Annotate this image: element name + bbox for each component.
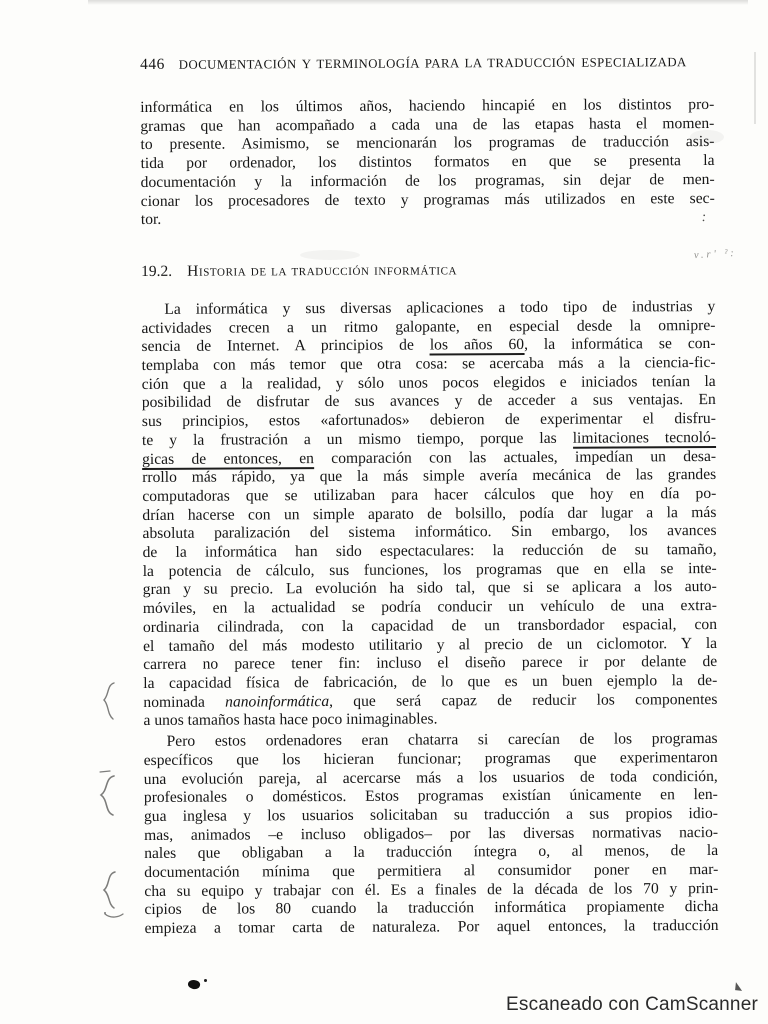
text-segment: gramas que han acompañado a cada una de …: [140, 115, 714, 135]
text-segment: computadoras que se utilizaban para hace…: [142, 485, 716, 505]
section-title: Historia de la traducción informática: [187, 261, 457, 279]
book-page: 446 DOCUMENTACIÓN Y TERMINOLOGÍA PARA LA…: [140, 54, 719, 939]
paragraph-2: La informática y sus diversas aplicacion…: [141, 298, 717, 731]
paragraph-1: informática en los últimos años, haciend…: [140, 96, 715, 230]
text-segment: posibilidad de disfrutar de sus avances …: [142, 391, 716, 411]
hand-underlined-text: gicas de entonces, en: [142, 450, 314, 470]
text-line: empieza a tomar carta de naturaleza. Por…: [145, 917, 719, 939]
text-segment: templaba con más temor que otra cosa: se…: [142, 354, 716, 374]
text-segment: ción que a la realidad, y sólo unos poco…: [142, 373, 716, 393]
scan-smudge: [300, 250, 360, 260]
scan-edge-top: [88, 0, 748, 5]
ink-blob-mark: [187, 978, 201, 990]
text-segment: la potencia de cálculo, sus funciones, l…: [143, 560, 717, 580]
page-number: 446: [140, 57, 165, 73]
text-segment: documentación y la información de los pr…: [141, 171, 715, 191]
text-segment: comparación con las actuales, impedían u…: [314, 448, 716, 467]
text-segment: drían hacerse con un simple aparato de b…: [142, 504, 716, 524]
text-line: nominada nanoinformática, que será capaz…: [143, 691, 717, 713]
ink-dot-mark: [204, 979, 207, 982]
text-line: cionar los procesadores de texto y progr…: [141, 190, 715, 212]
text-segment: el tamaño del más modesto utilitario y a…: [143, 635, 717, 655]
text-segment: cha su equipo y trabajar con él. Es a fi…: [144, 880, 718, 900]
text-segment: de la informática han sido espectaculare…: [143, 541, 717, 561]
text-segment: nales que obligaban a la traducción ínte…: [144, 842, 718, 862]
text-segment: carrera no parece tener fin: incluso el …: [143, 653, 717, 673]
running-title: DOCUMENTACIÓN Y TERMINOLOGÍA PARA LA TRA…: [179, 54, 687, 73]
scan-smudge: [690, 130, 724, 144]
text-line: tor.: [141, 208, 715, 230]
corner-triangle-mark: [735, 982, 743, 991]
section-number: 19.2.: [141, 263, 172, 280]
text-segment: te y la frustración a un mismo tiempo, p…: [142, 430, 573, 449]
text-segment: actividades crecen a un ritmo galopante,…: [141, 317, 715, 337]
text-segment: La informática y sus diversas aplicacion…: [164, 298, 715, 318]
text-segment: específicos que los hicieran funcionar; …: [144, 749, 718, 769]
margin-brace-icon: [99, 681, 121, 721]
text-segment: a unos tamaños hasta hace poco inimagina…: [143, 711, 437, 730]
text-line: a unos tamaños hasta hace poco inimagina…: [143, 709, 717, 731]
text-segment: , la informática se con-: [524, 335, 716, 353]
margin-brace-icon: [99, 870, 125, 922]
text-segment: documentación mínima que permitiera al c…: [144, 861, 718, 881]
text-segment: Pero estos ordenadores eran chatarra si …: [167, 730, 718, 750]
text-segment: empieza a tomar carta de naturaleza. Por…: [145, 917, 719, 937]
text-segment: absoluta paralización del sistema inform…: [142, 522, 716, 542]
text-segment: sencia de Internet. A principios de: [141, 337, 429, 356]
text-segment: tor.: [141, 211, 161, 228]
italic-text: nanoinformática: [225, 693, 329, 711]
text-segment: tida por ordenador, los distintos format…: [141, 152, 715, 172]
text-segment: sus principios, estos «afortunados» debi…: [142, 410, 716, 430]
text-segment: gran y su precio. La evolución ha sido t…: [143, 578, 717, 598]
text-segment: profesionales o domésticos. Estos progra…: [144, 786, 718, 806]
text-segment: mas, animados –e incluso obligados– por …: [144, 824, 718, 844]
text-segment: ordinaria cilindrada, con la capacidad d…: [143, 616, 717, 636]
text-segment: informática en los últimos años, haciend…: [140, 96, 714, 116]
text-segment: cipios de los 80 cuando la traducción in…: [144, 898, 718, 918]
camscanner-watermark: Escaneado con CamScanner: [506, 994, 758, 1016]
hand-underlined-text: limitaciones tecnoló-: [573, 429, 716, 449]
handwriting-mark: v.r' ˀ:: [694, 248, 737, 261]
paragraph-3: Pero estos ordenadores eran chatarra si …: [144, 730, 719, 939]
running-header: 446 DOCUMENTACIÓN Y TERMINOLOGÍA PARA LA…: [140, 54, 714, 73]
section-heading: 19.2. Historia de la traducción informát…: [141, 260, 715, 281]
scan-edge-right: [754, 52, 756, 124]
text-segment: gua inglesa y los usuarios solicitaban s…: [144, 805, 718, 825]
text-segment: nominada: [143, 693, 225, 710]
text-segment: la capacidad física de fabricación, de l…: [143, 672, 717, 692]
text-segment: cionar los procesadores de texto y progr…: [141, 190, 715, 210]
text-segment: , que será capaz de reducir los componen…: [329, 691, 717, 710]
hand-underlined-text: los años 60: [430, 336, 524, 355]
text-segment: to presente. Asimismo, se mencionarán lo…: [140, 133, 714, 153]
text-segment: rrollo más rápido, ya que la más simple …: [142, 466, 716, 486]
text-segment: móviles, en la actualidad se podría cond…: [143, 597, 717, 617]
text-segment: una evolución pareja, al acercarse más a…: [144, 767, 718, 787]
margin-brace-icon: [96, 770, 120, 818]
